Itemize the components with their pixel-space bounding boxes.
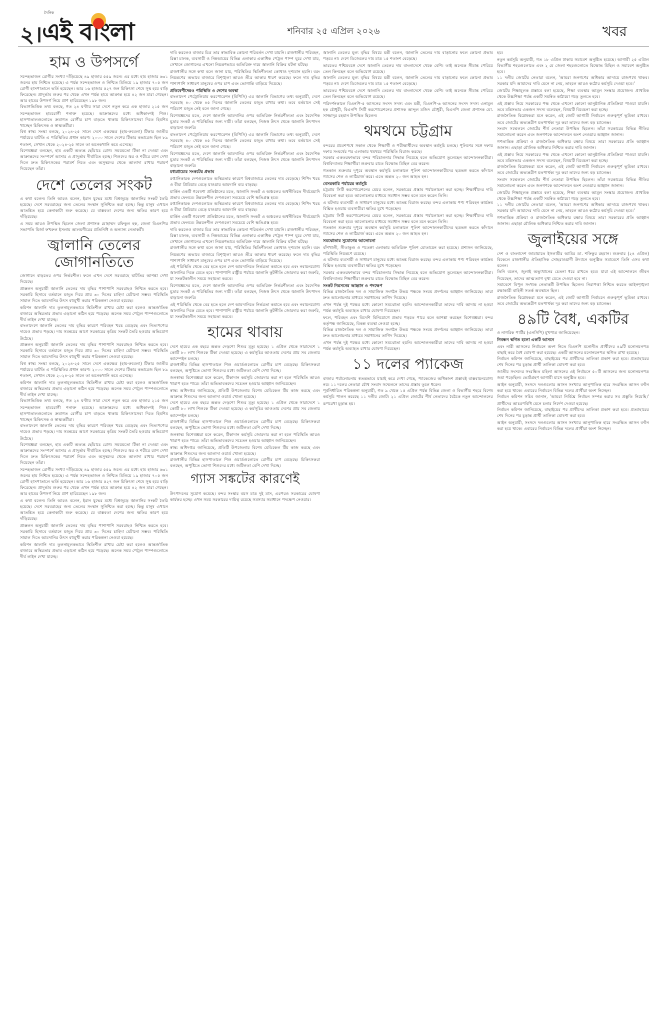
article-paragraph: নির্বাচন কমিশন জানিয়েছে, বাছাইয়ের পর প… bbox=[497, 407, 649, 419]
article-paragraph: ফলে, পরিবহন এবং বিদেশি বিনিয়োগে প্রভাব … bbox=[323, 315, 493, 327]
article-paragraph: বিভিন্ন রাজনৈতিক দল ও সামাজিক সংগঠন উভয়… bbox=[323, 289, 493, 301]
article-paragraph: চট্টগ্রাম সিটি করপোরেশনের মেয়র বলেন, সর… bbox=[323, 187, 493, 199]
article-paragraph: গণতান্ত্রিক প্রক্রিয়া ও রাজনৈতিক অধিকার… bbox=[497, 215, 649, 227]
article-paragraph: প্রাক্কলন অনুযায়ী জ্বালানি তেলের দাম বৃ… bbox=[20, 523, 168, 541]
headline-measles-grip[interactable]: হামের থাবায় bbox=[170, 324, 320, 341]
article-paragraph: এ কথা বলেন। তিনি আরও বলেন, ইরান যুদ্ধের … bbox=[20, 196, 168, 220]
article-paragraph: বিশেষজ্ঞরা বলছেন, হাম একটি অত্যন্ত ছোঁয়… bbox=[20, 148, 168, 172]
article-paragraph: রাজধানীর সঙ্গে কথা বলে জানা যায়, পরিস্থ… bbox=[170, 245, 320, 263]
article-paragraph: এখন পর্যন্ত দুই পক্ষের মধ্যে কোনো সমঝোতা… bbox=[323, 302, 493, 314]
article-paragraph: রাজধানীর বিভিন্ন হাসপাতালে শিশু ওয়ার্ডগ… bbox=[170, 362, 320, 374]
article-paragraph: রাজনৈতিক বিশ্লেষকরা মনে করেন, এই জোট আগা… bbox=[497, 164, 649, 176]
article-paragraph: সন্দেহভাজন রোগীর সংখ্যা দাঁড়িয়েছে ৪৯ হ… bbox=[20, 467, 168, 497]
article-paragraph: প্রাক্কলন অনুযায়ী জ্বালানি তেলের দাম বৃ… bbox=[20, 342, 168, 360]
column-2: দাবি করলেও বাজার চিত্র তার স্বাভাবিক কোন… bbox=[170, 50, 320, 1024]
subheading: মধ্যপ্রাচ্যের সংকটের প্রভাব bbox=[170, 169, 320, 175]
article-paragraph: স্বাস্থ্য অধিদপ্তর জানিয়েছে, প্রতিটি উপ… bbox=[170, 445, 320, 457]
article-paragraph: চট্টগ্রাম সিটি করপোরেশনের মেয়র বলেন, সর… bbox=[323, 213, 493, 225]
article-paragraph: কমিশন জ্বালানি দাম তুলনামূলকভাবে স্থিতিশ… bbox=[20, 305, 168, 323]
article-paragraph: এখন পর্যন্ত দুই পক্ষের মধ্যে কোনো সমঝোতা… bbox=[323, 340, 493, 352]
headline-chattogram[interactable]: থমথমে চট্টগ্রাম bbox=[323, 123, 493, 140]
article-paragraph: রপ্তানিকারক দেশগুলোতে অস্থিরতার কারণে বি… bbox=[170, 201, 320, 213]
article-paragraph: এ সময় আরও উপস্থিত ছিলেন জেলা প্রশাসক মো… bbox=[20, 221, 168, 233]
article-paragraph: দাবি করলেও বাজার চিত্র তার স্বাভাবিক কোন… bbox=[170, 227, 320, 245]
article-paragraph: দেশ ও বাংলাদেশ জামায়াতে ইসলামীর আমির ডা… bbox=[497, 251, 649, 269]
article-paragraph: কমিশন জ্বালানি দাম তুলনামূলকভাবে স্থিতিশ… bbox=[20, 542, 168, 560]
article-paragraph: রপ্তানিকারক দেশগুলোতে অস্থিরতার কারণে বি… bbox=[170, 176, 320, 188]
article-paragraph: জনস্বাস্থ্য বিশেষজ্ঞরা মনে করেন, টিকাদান… bbox=[170, 432, 320, 444]
article-paragraph: জনস্বাস্থ্য বিশেষজ্ঞরা মনে করেন, টিকাদান… bbox=[170, 375, 320, 387]
article-paragraph: বিশেষজ্ঞরা বলছেন, হাম একটি অত্যন্ত ছোঁয়… bbox=[20, 442, 168, 466]
article-paragraph: সন্দেহভাজন রোগীর সংখ্যা দাঁড়িয়েছে ৪৯ হ… bbox=[20, 74, 168, 104]
article-paragraph: বাঁশখালী, সীতাকুণ্ড ও পতেঙ্গা এলাকায় অত… bbox=[323, 245, 493, 257]
article-paragraph: বন্দরের প্রবেশপথে সকাল থেকে শিক্ষার্থী ও… bbox=[323, 143, 493, 155]
article-paragraph: বিশেষজ্ঞদের মতে, দেশে জ্বালানি আমদানির ও… bbox=[170, 151, 320, 169]
subheading: প্রতিবেশীদেরও পরিস্থিতি ও দেশের অবস্থা bbox=[170, 88, 320, 94]
column-4: হয়। নতুন কর্মসূচি অনুযায়ী, গত ১৮ এপ্রি… bbox=[497, 50, 649, 1024]
article-paragraph: সরকার একতরফাভাবে বন্দর পরিচালনার সিদ্ধান… bbox=[323, 270, 493, 282]
article-paragraph: বাংলাদেশ পেট্রোলিয়াম করপোরেশন (বিপিসি) … bbox=[170, 132, 320, 150]
article-paragraph: প্রাক্কলন অনুযায়ী জ্বালানি তেলের দাম বৃ… bbox=[20, 286, 168, 304]
issue-date: শনিবার ২৫ এপ্রিল ২০২৬ bbox=[0, 24, 667, 39]
article-paragraph: বিশ্ব স্বাস্থ্য সংস্থা বলছে, ২০২৪-২৫ সাল… bbox=[20, 361, 168, 379]
subheading: বেসরকারি পর্যায়ের কর্মসূচি bbox=[323, 181, 493, 187]
article-paragraph: রাজধানীর বিভিন্ন হাসপাতালে শিশু ওয়ার্ডগ… bbox=[170, 457, 320, 469]
article-paragraph: দেশে হামের এক বছরে অন্তত দেড়শো শিশুর মৃ… bbox=[170, 400, 320, 418]
article-paragraph: এ ঘটনায় ব্যবসায়ী ও সাধারণ মানুষের মধ্য… bbox=[323, 257, 493, 269]
article-paragraph: জাতীয় সংসদের সংরক্ষিত মহিলা আসনের এই নি… bbox=[497, 369, 649, 381]
article-paragraph: ১১ দলীয় জোটের নেতারা বলেন, 'আমরা জনগণের… bbox=[497, 75, 649, 87]
article-paragraph: ভারতের পশ্চিমবঙ্গে দেশে জ্বালানি তেলের দ… bbox=[323, 63, 493, 75]
article-paragraph: রাজধানীর সঙ্গে কথা বলে জানা যায়, পরিস্থ… bbox=[170, 69, 320, 87]
article-paragraph: এই প্রস্তাব নিয়ে সরকারের পক্ষ থেকে এখনো… bbox=[497, 152, 649, 164]
article-paragraph: পূর্বনির্ধারিত পরিকল্পনা অনুযায়ী, গত ৯ … bbox=[323, 388, 493, 406]
article-paragraph: আইন অনুযায়ী, সংসদে দলগুলোর আসন সংখ্যার … bbox=[497, 382, 649, 394]
article-paragraph: ১১ দলীয় জোটের নেতারা বলেন, 'আমরা জনগণের… bbox=[497, 202, 649, 214]
article-paragraph: দেশে হামের এক বছরে অন্তত দেড়শো শিশুর মৃ… bbox=[170, 344, 320, 362]
article-paragraph: জোটের শিক্ষামূলক প্রস্তাবে বলা হয়েছে, শ… bbox=[497, 88, 649, 100]
article-paragraph: বাংলাদেশ পেট্রোলিয়াম করপোরেশন (বিপিসি) … bbox=[170, 94, 320, 112]
headline-measles[interactable]: হাম ও উপসর্গে bbox=[20, 54, 168, 71]
article-paragraph: কমিশন জ্বালানি দাম তুলনামূলকভাবে স্থিতিশ… bbox=[20, 380, 168, 398]
article-paragraph: জ্বালানি তেলের মূল্য বৃদ্ধির বিষয়ে মন্ত… bbox=[323, 50, 493, 62]
article-paragraph: জ্বালানি তেলের মূল্য বৃদ্ধির বিষয়ে মন্ত… bbox=[323, 75, 493, 87]
masthead: ২। দৈনিক এই বাংলা শনিবার ২৫ এপ্রিল ২০২৬ … bbox=[0, 0, 667, 47]
article-paragraph: রাজনৈতিক বিশ্লেষকরা মনে করেন, এই জোট আগা… bbox=[497, 113, 649, 125]
subheading: নিবন্ধন স্থগিত হলো একটি আসনে bbox=[497, 337, 649, 343]
article-paragraph: গতকাল শুক্রবার দুপুরে অবস্থান কর্মসূচি চ… bbox=[323, 225, 493, 237]
article-paragraph: রাজনৈতিক বিশ্লেষকরা মনে করেন, এই জোট আগা… bbox=[497, 295, 649, 307]
article-paragraph: মার্কিন একটি গবেষণা প্রতিষ্ঠানের মতে, জ্… bbox=[170, 214, 320, 226]
article-paragraph: সমাবেশে বিপুল সংখ্যক নেতাকর্মী উপস্থিত ছ… bbox=[497, 282, 649, 294]
article-paragraph: বিশেষজ্ঞদের মতে, দেশে জ্বালানি আমদানির ও… bbox=[170, 283, 320, 301]
article-paragraph: তিনি বলেন, জুলাই অভ্যুত্থানের চেতনা ধরে … bbox=[497, 269, 649, 281]
headline-11-party-package[interactable]: ১১ দলের প্যাকেজ bbox=[323, 356, 493, 373]
article-paragraph: সংবাদ সম্মেলনে জোটের শীর্ষ নেতারা উপস্থি… bbox=[497, 177, 649, 189]
subheading: সমঝোতার সুযোগের আলোচনা bbox=[323, 238, 493, 244]
headline-oil-crisis[interactable]: দেশে তেলের সংকট bbox=[20, 177, 168, 194]
masthead-divider bbox=[18, 46, 649, 47]
article-paragraph: বিভাগভিত্তিক তথ্য বলছে, গত ২৪ ঘণ্টায় সা… bbox=[20, 104, 168, 128]
article-paragraph: এই পরিস্থিতি থেকে বের হতে হলে দেশ আমদানি… bbox=[170, 302, 320, 320]
article-paragraph: গণতান্ত্রিক প্রক্রিয়া ও রাজনৈতিক অধিকার… bbox=[497, 139, 649, 151]
article-paragraph: নির্বাচন কমিশন জানিয়েছে, বাছাইয়ের পর প… bbox=[497, 356, 649, 368]
article-paragraph: উৎপাদনের সুযোগ কমেছে। বন্দর সংস্থার বয়স… bbox=[170, 491, 320, 503]
article-paragraph: দাবি করলেও বাজার চিত্র তার স্বাভাবিক কোন… bbox=[170, 50, 320, 68]
article-paragraph: এই প্রস্তাব নিয়ে সরকারের পক্ষ থেকে এখনো… bbox=[497, 101, 649, 113]
article-paragraph: জোটের শিক্ষামূলক প্রস্তাবে বলা হয়েছে, শ… bbox=[497, 190, 649, 202]
article-paragraph: বাজার পর্যালোচনায় স্বতন্ত্রভাবে যাচাই ক… bbox=[323, 376, 493, 388]
article-paragraph: ও নাগরিক পার্টির (এনসিপি) মুখপাত্র জানিয… bbox=[497, 330, 649, 336]
article-paragraph: নতুন কর্মসূচি অনুযায়ী, গত ১৮ এপ্রিল ঢাক… bbox=[497, 57, 649, 75]
article-paragraph: মার্কিন একটি গবেষণা প্রতিষ্ঠানের মতে, জ্… bbox=[170, 189, 320, 201]
article-paragraph: এবং নারী আসনের নির্বাচনে অংশ নিতে বিএনপি… bbox=[497, 344, 649, 356]
column-1: হাম ও উপসর্গে সন্দেহভাজন রোগীর সংখ্যা দা… bbox=[20, 50, 168, 1024]
article-paragraph: এই পরিস্থিতি থেকে বের হতে হলে দেশ আমদানি… bbox=[170, 264, 320, 282]
article-paragraph: এ কথা বলেন। তিনি আরও বলেন, ইরান যুদ্ধের … bbox=[20, 498, 168, 522]
article-paragraph: বাংলাদেশে জ্বালানি তেলের দাম বৃদ্ধির কার… bbox=[20, 423, 168, 441]
article-paragraph: নির্বাচন কমিশন সচিব জানান, 'আমরা নির্বিঘ… bbox=[497, 394, 649, 406]
article-paragraph: জোগানে বাড়তের ওপর নির্ভরশীল। ফলে এখন দে… bbox=[20, 273, 168, 285]
article-paragraph: গতকাল শুক্রবার দুপুরে অবস্থান কর্মসূচি চ… bbox=[323, 168, 493, 180]
headline-49-valid[interactable]: ৪৯টি বৈধ, একটির bbox=[497, 311, 649, 328]
article-paragraph: পরিদর্শনকালে বিএনপি-৫ আসনের সংসদ সদস্য এ… bbox=[323, 101, 493, 119]
article-paragraph: রাজধানীর বিভিন্ন হাসপাতালে শিশু ওয়ার্ডগ… bbox=[170, 419, 320, 431]
article-paragraph: বিভাগভিত্তিক তথ্য বলছে, গত ২৪ ঘণ্টায় সা… bbox=[20, 398, 168, 422]
article-paragraph: আইন অনুযায়ী, সংসদে দলগুলোর আসন সংখ্যার … bbox=[497, 420, 649, 432]
article-paragraph: এ ঘটনায় ব্যবসায়ী ও সাধারণ মানুষের মধ্য… bbox=[323, 200, 493, 212]
article-paragraph: স্বাস্থ্য অধিদপ্তর জানিয়েছে, প্রতিটি উপ… bbox=[170, 388, 320, 400]
article-paragraph: বাংলাদেশে জ্বালানি তেলের দাম বৃদ্ধির কার… bbox=[20, 323, 168, 341]
article-paragraph: বিভিন্ন রাজনৈতিক দল ও সামাজিক সংগঠন উভয়… bbox=[323, 327, 493, 339]
section-title: খবর bbox=[602, 20, 627, 44]
column-3: জ্বালানি তেলের মূল্য বৃদ্ধির বিষয়ে মন্ত… bbox=[323, 50, 493, 1024]
headline-gas-crisis[interactable]: গ্যাস সঙ্কটের কারণেই bbox=[170, 473, 320, 487]
article-paragraph: বিশ্ব স্বাস্থ্য সংস্থা বলছে, ২০২৪-২৫ সাল… bbox=[20, 129, 168, 147]
article-paragraph: সংবাদ সম্মেলনে জোটের শীর্ষ নেতারা উপস্থি… bbox=[497, 126, 649, 138]
article-paragraph: হয়। bbox=[497, 50, 649, 56]
article-paragraph: বিশেষজ্ঞদের মতে, দেশে জ্বালানি আমদানির ও… bbox=[170, 113, 320, 131]
headline-fuel-supply[interactable]: জ্বালানি তেলের জোগানতিতে bbox=[20, 237, 168, 270]
subheading: সংকট নিরসনের আহ্বান ও পদক্ষেপ bbox=[323, 283, 493, 289]
article-paragraph: সরকার একতরফাভাবে বন্দর পরিচালনার সিদ্ধান… bbox=[323, 155, 493, 167]
headline-july[interactable]: জুলাইয়ের সঙ্গে bbox=[497, 231, 649, 248]
article-paragraph: ভারতের পশ্চিমবঙ্গে দেশে জ্বালানি তেলের দ… bbox=[323, 88, 493, 100]
